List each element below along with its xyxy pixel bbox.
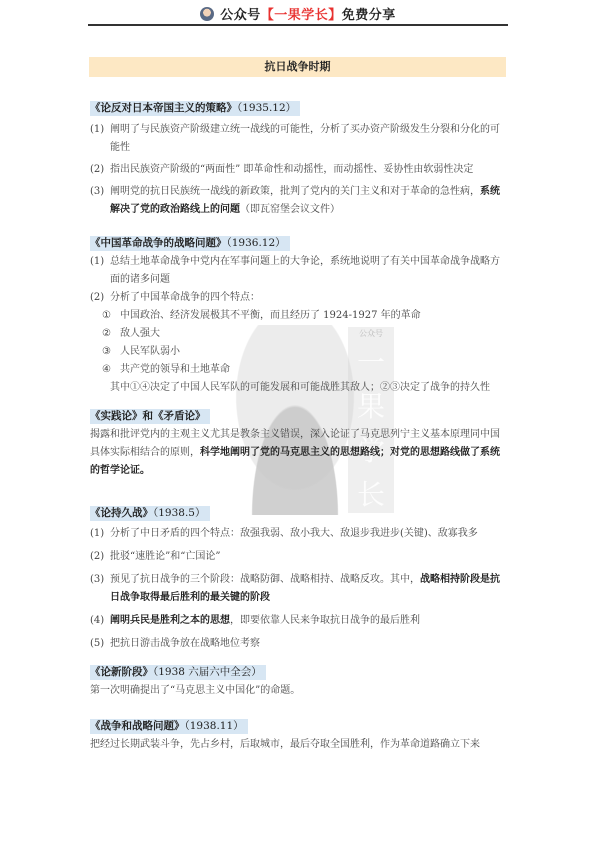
item-number: (5) — [90, 635, 104, 653]
list-item: (2)指出民族资产阶级的“两面性” 即革命性和动摇性，而动摇性、妥协性由软弱性决… — [90, 161, 508, 179]
list-item: (1)分析了中日矛盾的四个特点：敌强我弱、敌小我大、敌退步我进步(关键)、敌寡我… — [90, 525, 508, 543]
feature-text: 共产党的领导和土地革命 — [120, 364, 230, 375]
item-text: 总结土地革命战争中党内在军事问题上的大争论，系统地说明了有关中国革命战争战略方面… — [110, 256, 500, 285]
item-text: 预见了抗日战争的三个阶段：战略防御、战略相持、战略反攻。其中， — [110, 574, 420, 585]
brand-line: 公众号【一果学长】免费分享 — [0, 4, 596, 23]
page-header: 公众号【一果学长】免费分享 — [0, 0, 596, 26]
work-heading: 《论反对日本帝国主义的策略》（1935.12） — [90, 101, 300, 116]
feature-item: ②敌人强大 — [90, 325, 508, 343]
work-title: 《论持久战》 — [90, 507, 153, 519]
work-summary: 把经过长期武装斗争，先占乡村，后取城市，最后夺取全国胜利，作为革命道路确立下来 — [90, 736, 508, 754]
bracket-close: 】 — [328, 8, 342, 23]
work-heading: 《实践论》和《矛盾论》 — [90, 409, 210, 424]
work-block: 《实践论》和《矛盾论》 揭露和批评党内的主观主义尤其是教条主义错误，深入论证了马… — [90, 408, 508, 480]
item-number: (2) — [90, 161, 104, 179]
item-text: 批驳“速胜论”和“亡国论” — [110, 551, 220, 562]
item-text: 分析了中日矛盾的四个特点：敌强我弱、敌小我大、敌退步我进步(关键)、敌寡我多 — [110, 528, 478, 539]
item-number: (1) — [90, 121, 104, 139]
list-item: (4)阐明兵民是胜利之本的思想，即要依靠人民来争取抗日战争的最后胜利 — [90, 612, 508, 630]
work-date: （1935.12） — [237, 102, 296, 114]
work-summary: 第一次明确提出了“马克思主义中国化”的命题。 — [90, 682, 508, 700]
work-summary: 揭露和批评党内的主观主义尤其是教条主义错误，深入论证了马克思列宁主义基本原理同中… — [90, 426, 508, 480]
work-block: 《中国革命战争的战略问题》（1936.12） (1)总结土地革命战争中党内在军事… — [90, 235, 508, 397]
brand-suffix: 免费分享 — [342, 8, 396, 23]
feature-text: 敌人强大 — [120, 328, 160, 339]
item-number: (2) — [90, 548, 104, 566]
work-block: 《论反对日本帝国主义的策略》（1935.12） (1)阐明了与民族资产阶级建立统… — [90, 100, 508, 219]
work-block: 《论持久战》（1938.5） (1)分析了中日矛盾的四个特点：敌强我弱、敌小我大… — [90, 505, 508, 653]
work-date: （1938 六届六中全会） — [153, 666, 262, 678]
list-item: (3)预见了抗日战争的三个阶段：战略防御、战略相持、战略反攻。其中，战略相持阶段… — [90, 571, 508, 607]
feature-number: ③ — [102, 343, 111, 361]
item-number: (4) — [90, 612, 104, 630]
item-number: (3) — [90, 571, 104, 589]
work-heading: 《论新阶段》（1938 六届六中全会） — [90, 665, 266, 680]
item-text: 阐明了与民族资产阶级建立统一战线的可能性，分析了买办资产阶级发生分裂和分化的可能… — [110, 124, 500, 153]
item-number: (3) — [90, 183, 104, 201]
work-date: （1938.5） — [153, 507, 206, 519]
list-item: (1)阐明了与民族资产阶级建立统一战线的可能性，分析了买办资产阶级发生分裂和分化… — [90, 121, 508, 157]
work-heading: 《中国革命战争的战略问题》（1936.12） — [90, 236, 290, 251]
work-date: （1938.11） — [185, 720, 244, 732]
work-title: 《中国革命战争的战略问题》 — [90, 237, 227, 249]
item-number: (1) — [90, 253, 104, 271]
work-block: 《论新阶段》（1938 六届六中全会） 第一次明确提出了“马克思主义中国化”的命… — [90, 664, 508, 700]
list-item: (2)批驳“速胜论”和“亡国论” — [90, 548, 508, 566]
brand-name: 一果学长 — [274, 8, 328, 23]
section-title: 抗日战争时期 — [89, 57, 506, 77]
work-date: （1936.12） — [227, 237, 286, 249]
work-heading: 《战争和战略问题》（1938.11） — [90, 719, 248, 734]
conclusion-text: 其中①④决定了中国人民军队的可能发展和可能战胜其敌人；②③决定了战争的持久性 — [90, 379, 508, 397]
work-heading: 《论持久战》（1938.5） — [90, 506, 210, 521]
item-text: 分析了中国革命战争的四个特点： — [110, 292, 260, 303]
bracket-open: 【 — [261, 8, 275, 23]
feature-text: 人民军队弱小 — [120, 346, 180, 357]
feature-item: ③人民军队弱小 — [90, 343, 508, 361]
work-title: 《论反对日本帝国主义的策略》 — [90, 102, 237, 114]
item-note: （即瓦窑堡会议文件） — [240, 204, 340, 215]
work-block: 《战争和战略问题》（1938.11） 把经过长期武装斗争，先占乡村，后取城市，最… — [90, 718, 508, 754]
feature-item: ④共产党的领导和土地革命 — [90, 361, 508, 379]
work-title: 《论新阶段》 — [90, 666, 153, 678]
item-text: 阐明党的抗日民族统一战线的新政策，批判了党内的关门主义和对于革命的急性病， — [110, 186, 480, 197]
header-divider — [88, 24, 508, 26]
avatar-icon — [200, 7, 214, 21]
item-number: (1) — [90, 525, 104, 543]
item-number: (2) — [90, 289, 104, 307]
feature-number: ① — [102, 307, 111, 325]
work-title: 《战争和战略问题》 — [90, 720, 185, 732]
brand-prefix: 公众号 — [220, 8, 261, 23]
feature-text: 中国政治、经济发展极其不平衡，而且经历了 1924-1927 年的革命 — [120, 310, 421, 321]
list-item: (1)总结土地革命战争中党内在军事问题上的大争论，系统地说明了有关中国革命战争战… — [90, 253, 508, 289]
feature-number: ② — [102, 325, 111, 343]
list-item: (2)分析了中国革命战争的四个特点： — [90, 289, 508, 307]
work-title: 《实践论》和《矛盾论》 — [90, 410, 206, 422]
feature-number: ④ — [102, 361, 111, 379]
item-text: 把抗日游击战争放在战略地位考察 — [110, 638, 260, 649]
feature-item: ①中国政治、经济发展极其不平衡，而且经历了 1924-1927 年的革命 — [90, 307, 508, 325]
item-text: 指出民族资产阶级的“两面性” 即革命性和动摇性，而动摇性、妥协性由软弱性决定 — [110, 164, 473, 175]
item-text: ，即要依靠人民来争取抗日战争的最后胜利 — [230, 615, 420, 626]
list-item: (3)阐明党的抗日民族统一战线的新政策，批判了党内的关门主义和对于革命的急性病，… — [90, 183, 508, 219]
list-item: (5)把抗日游击战争放在战略地位考察 — [90, 635, 508, 653]
item-emphasis: 阐明兵民是胜利之本的思想 — [110, 615, 230, 626]
